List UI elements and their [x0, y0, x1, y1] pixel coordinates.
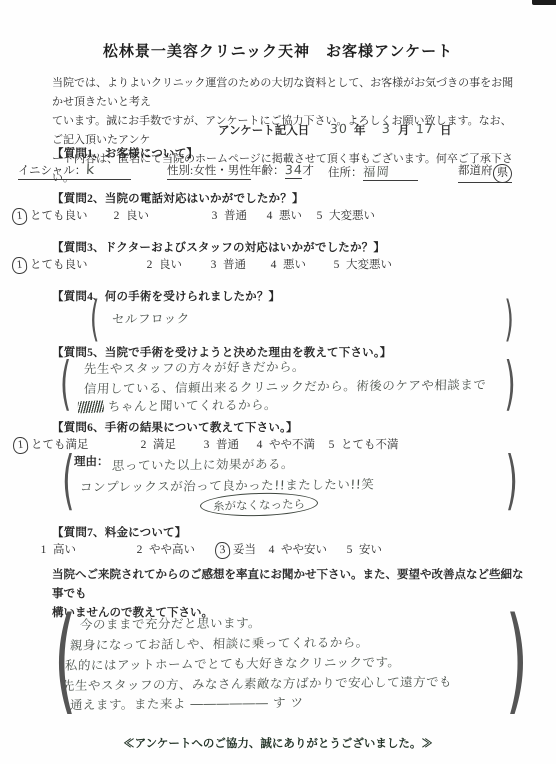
date-month-unit: 月 [398, 122, 410, 138]
date-year-value: 30 [330, 121, 349, 136]
initial-label: イニシャル： [18, 165, 86, 177]
age-field: 年齢：34才 [250, 162, 314, 178]
date-year-unit: 年 [354, 122, 366, 138]
q2-option-1: 1とても良い [12, 207, 88, 225]
q6-heading: 【質問6、手術の結果について教えて下さい。】 [52, 419, 298, 435]
q3-options-row: 1とても良い 2良い 3普通 4悪い 5大変悪い [0, 256, 556, 274]
feedback-line-4: 先生やスタッフの方、みなさん素敵な方ばかりで安心して遠方でも [62, 672, 453, 694]
address-field: 住所：福岡 [328, 162, 418, 180]
age-label: 年齢： [250, 165, 285, 177]
right-paren-icon: ) [505, 356, 516, 411]
gender-field: 性別:女性・男性 [167, 162, 251, 180]
q6-reason-line-1: 思っていた以上に効果がある。 [112, 454, 295, 474]
q7-option-3-circle: 3 [214, 541, 230, 559]
q7-option-5: 5安い [343, 541, 382, 558]
q7-option-1: 1高い [37, 541, 76, 558]
q6-reason-line-2: コンプレックスが治って良かった!!またしたい!!笑 [80, 474, 375, 495]
q7-option-4: 4やや安い [265, 541, 327, 558]
q5-answer-line-3: ちゃんと聞いてくれるから。 [78, 395, 278, 415]
q3-option-2: 2良い [143, 256, 182, 273]
right-paren-icon: ) [505, 297, 514, 343]
feedback-line-3: 私的にはアットホームでとても大好きなクリニックです。 [65, 652, 401, 674]
q3-option-4: 4悪い [267, 256, 306, 273]
q2-option-2: 2良い [110, 207, 149, 224]
q7-heading: 【質問7、料金について】 [52, 524, 186, 540]
date-month-value: 3 [382, 121, 392, 136]
q2-option-1-circle: 1 [11, 207, 27, 225]
q7-option-3: 3妥当 [215, 541, 256, 559]
q3-option-1: 1とても良い [12, 256, 88, 274]
q6-option-1-circle: 1 [12, 436, 28, 454]
q5-answer-line-2: 信用している、信頼出来るクリニックだから。術後のケアや相談まで [84, 375, 487, 397]
footer-thanks: ≪アンケートへのご協力、誠にありがとうございました。≫ [0, 735, 556, 751]
q1-fields-row: イニシャル：k 性別:女性・男性 年齢：34才 住所：福岡 都道府県 [0, 162, 556, 180]
prefecture-field: 都道府県 [458, 162, 512, 183]
intro-line-1: 当院では、よりよいクリニック運営のための大切な資料として、お客様がお気づきの事を… [52, 74, 520, 112]
q5-answer-area: ( ) 先生やスタッフの方々が好きだから。 信用している、信頼出来るクリニックだ… [60, 356, 516, 414]
feedback-prompt-line-1: 当院へご来院されてからのご感想を率直にお聞かせ下さい。また、要望や改善点など些細… [52, 566, 528, 604]
q3-heading: 【質問3、ドクターおよびスタッフの対応はいかがでしたか？】 [52, 239, 385, 255]
left-paren-icon: ( [60, 356, 71, 411]
initial-field: イニシャル：k [18, 162, 131, 180]
q6-reason-label: 理由： [74, 453, 109, 469]
q2-options-row: 1とても良い 2良い 3普通 4悪い 5大変悪い [0, 207, 556, 225]
q4-answer-area: ( ) セルフロック [90, 297, 514, 345]
page-title: 松林景一美容クリニック天神 お客様アンケート [0, 40, 556, 61]
prefecture-label: 都道府 [458, 165, 493, 177]
q1-heading: 【質問1、お客様について】 [52, 145, 198, 161]
address-value: 福岡 [362, 162, 390, 180]
scan-artifact [532, 0, 556, 5]
q5-answer-line-1: 先生やスタッフの方々が好きだから。 [84, 357, 306, 377]
date-day-value: 17 [416, 121, 435, 136]
q7-options-row: 1高い 2やや高い 3妥当 4やや安い 5安い [0, 541, 556, 559]
q2-option-5: 5大変悪い [313, 207, 375, 224]
feedback-line-2: 親身になってお話しや、相談に乗ってくれるから。 [70, 632, 370, 653]
survey-scan-page: 松林景一美容クリニック天神 お客様アンケート 当院では、よりよいクリニック運営の… [0, 0, 556, 764]
age-value: 34 [284, 162, 303, 177]
q6-reason-area: ( ) 理由： 思っていた以上に効果がある。 コンプレックスが治って良かった!!… [62, 451, 518, 521]
q3-option-5: 5大変悪い [330, 256, 392, 273]
feedback-line-1: 今のままで充分だと思います。 [80, 613, 262, 633]
feedback-line-5: 通えます。また来よ ―――――― す ツ [70, 693, 304, 713]
right-paren-icon: ) [506, 451, 518, 512]
q3-option-3: 3普通 [207, 256, 246, 273]
prefecture-circled-value: 県 [492, 164, 512, 184]
q2-option-4: 4悪い [263, 207, 302, 224]
age-unit: 才 [302, 165, 314, 177]
left-paren-icon: ( [62, 451, 74, 512]
right-paren-icon: ) [506, 606, 528, 715]
q3-option-1-circle: 1 [11, 256, 27, 274]
q4-answer: セルフロック [112, 309, 191, 328]
q7-option-2: 2やや高い [133, 541, 195, 558]
date-row: アンケート記入日 30 年 3 月 17 日 [0, 122, 556, 140]
left-paren-icon: ( [90, 297, 99, 343]
feedback-answer-area: ( ) 今のままで充分だと思います。 親身になってお話しや、相談に乗ってくれるか… [54, 606, 528, 724]
date-label: アンケート記入日 [218, 122, 309, 138]
date-day-unit: 日 [440, 122, 452, 138]
scribble-strikeout [78, 400, 104, 413]
address-label: 住所： [328, 167, 363, 179]
initial-value: k [86, 162, 96, 178]
q2-heading: 【質問2、当院の電話対応はいかがでしたか？】 [52, 190, 304, 206]
q6-circled-annotation: 糸がなくなったら [200, 491, 319, 517]
q2-option-3: 3普通 [208, 207, 247, 224]
